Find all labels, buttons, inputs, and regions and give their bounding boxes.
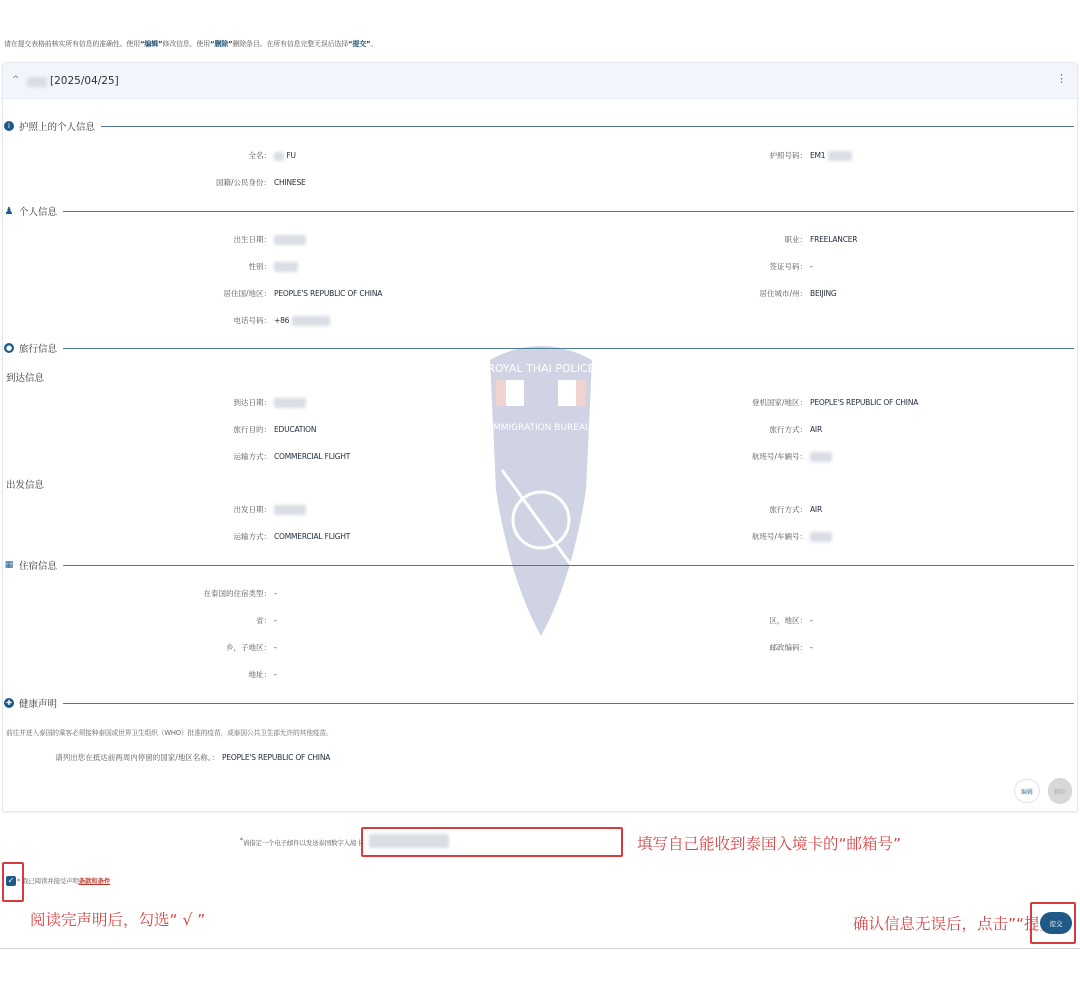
field-value: AIR (810, 505, 822, 514)
section-title: 护照上的个人信息 (19, 119, 95, 133)
arrival-date-header: [2025/04/25] (50, 75, 119, 87)
redacted-value (810, 452, 832, 462)
info-icon: i (4, 121, 14, 131)
field-departure-date: 出发日期： (274, 504, 306, 516)
field-travel-purpose: 旅行目的： EDUCATION (274, 424, 316, 436)
field-label: 国籍/公民身份： (216, 177, 271, 189)
section-travel-info: ● 旅行信息 (4, 341, 1074, 355)
section-passport-info: i 护照上的个人信息 (4, 119, 1074, 133)
field-label: 居住城市/州： (759, 288, 807, 300)
field-value: BEIJING (810, 289, 837, 298)
field-arrival-travel-mode: 旅行方式： AIR (810, 424, 822, 436)
field-phone: 电话号码： +86 (274, 315, 330, 327)
collapse-caret-icon[interactable]: ^ (12, 75, 20, 85)
field-label: 邮政编码： (770, 642, 808, 654)
field-boarding-country: 登机国家/地区： PEOPLE'S REPUBLIC OF CHINA (810, 397, 918, 409)
field-label: 旅行方式： (770, 424, 808, 436)
email-annotation: 填写自己能收到泰国入境卡的“邮箱号” (637, 832, 901, 854)
field-value: - (810, 262, 813, 271)
field-value: COMMERCIAL FLIGHT (274, 532, 350, 541)
field-label: 出发日期： (234, 504, 272, 516)
email-label-text: 请指定一个电子邮件以发送泰国数字入境卡 (243, 839, 363, 847)
field-value: - (810, 616, 813, 625)
field-label: 旅行目的： (234, 424, 272, 436)
intro-submit-word: “提交” (348, 40, 370, 48)
field-value: COMMERCIAL FLIGHT (274, 452, 350, 461)
field-label: 职业： (785, 234, 808, 246)
field-departure-transport: 运输方式： COMMERCIAL FLIGHT (274, 531, 350, 543)
arrival-info-heading: 到达信息 (6, 370, 44, 384)
field-label: 乡，子地区： (226, 642, 271, 654)
field-subdistrict: 乡，子地区： - (274, 642, 277, 654)
field-date-of-birth: 出生日期： (274, 234, 306, 246)
section-divider (63, 348, 1074, 349)
required-mark: * (17, 877, 20, 885)
redacted-value (274, 235, 306, 245)
redacted-value (274, 398, 306, 408)
field-label: 旅行方式： (770, 504, 808, 516)
field-value: - (274, 589, 277, 598)
field-value: +86 (274, 316, 289, 325)
field-label: 到达日期： (234, 397, 272, 409)
field-district: 区，地区： - (810, 615, 813, 627)
field-address: 地址： - (274, 669, 277, 681)
person-icon: ♟ (4, 206, 14, 216)
section-divider (63, 703, 1074, 704)
field-value: - (274, 670, 277, 679)
field-accommodation-type: 在泰国的住宿类型： - (274, 588, 277, 600)
section-title: 旅行信息 (19, 341, 57, 355)
field-label: 请列出您在抵达前两周内停留的国家/地区名称。： (55, 752, 219, 764)
section-health-declaration: ✚ 健康声明 (4, 696, 1074, 710)
card-header[interactable]: ^ [2025/04/25] ⋮ (3, 63, 1077, 99)
redacted-value (274, 152, 284, 161)
redacted-value (292, 316, 330, 326)
section-divider (63, 211, 1074, 212)
field-occupation: 职业： FREELANCER (810, 234, 857, 246)
instruction-text: 请在提交表格前核实所有信息的准确性。使用“编辑”修改信息，使用“删除”删除条目。… (4, 39, 377, 49)
field-value: PEOPLE'S REPUBLIC OF CHINA (222, 753, 330, 762)
field-label: 性别： (249, 261, 272, 273)
redacted-value (828, 151, 852, 161)
field-label: 出生日期： (234, 234, 272, 246)
field-departure-travel-mode: 旅行方式： AIR (810, 504, 822, 516)
field-label: 运输方式： (234, 531, 272, 543)
section-title: 住宿信息 (19, 558, 57, 572)
field-value: PEOPLE'S REPUBLIC OF CHINA (810, 398, 918, 407)
terms-checkbox[interactable]: ✓ (6, 876, 16, 886)
field-label: 航班号/车辆号： (752, 531, 807, 543)
building-icon: ▦ (4, 560, 14, 570)
field-value: PEOPLE'S REPUBLIC OF CHINA (274, 289, 382, 298)
more-options-icon[interactable]: ⋮ (1056, 73, 1067, 84)
field-nationality: 国籍/公民身份： CHINESE (274, 177, 306, 189)
field-label: 登机国家/地区： (752, 397, 807, 409)
field-value: - (274, 643, 277, 652)
field-province: 省： - (274, 615, 277, 627)
field-label: 电话号码： (234, 315, 272, 327)
field-value: FU (286, 151, 295, 160)
field-countries-visited: 请列出您在抵达前两周内停留的国家/地区名称。： PEOPLE'S REPUBLI… (222, 752, 330, 764)
intro-middle1: 修改信息，使用 (162, 40, 210, 48)
field-label: 居住国/地区： (223, 288, 271, 300)
intro-suffix: 。 (370, 40, 377, 48)
field-label: 航班号/车辆号： (752, 451, 807, 463)
checkbox-annotation: 阅读完声明后，勾选“ √ ” (30, 908, 205, 930)
departure-info-heading: 出发信息 (6, 477, 44, 491)
field-departure-flight-number: 航班号/车辆号： (810, 531, 832, 543)
section-divider (101, 126, 1074, 127)
field-label: 区，地区： (770, 615, 808, 627)
field-full-name: 全名： FU (274, 150, 296, 162)
section-divider (63, 565, 1074, 566)
field-value: - (274, 616, 277, 625)
terms-label: * 我已阅读并接受声明条款和条件 (17, 876, 110, 885)
field-label: 地址： (249, 669, 272, 681)
redacted-name (27, 77, 47, 87)
field-city-of-residence: 居住城市/州： BEIJING (810, 288, 837, 300)
field-value: EDUCATION (274, 425, 316, 434)
intro-delete-word: “删除” (210, 40, 232, 48)
delete-button[interactable]: 删除 (1048, 778, 1072, 804)
edit-button[interactable]: 编辑 (1014, 779, 1040, 803)
email-label: *请指定一个电子邮件以发送泰国数字入境卡 (240, 837, 363, 847)
field-label: 签证号码： (770, 261, 808, 273)
field-label: 在泰国的住宿类型： (204, 588, 272, 600)
field-arrival-date: 到达日期： (274, 397, 306, 409)
terms-label-text: 我已阅读并接受声明 (22, 877, 79, 885)
globe-icon: ● (4, 343, 14, 353)
field-visa-number: 签证号码： - (810, 261, 813, 273)
field-gender: 性别： (274, 261, 298, 273)
field-value: AIR (810, 425, 822, 434)
field-passport-number: 护照号码： EM1 (810, 150, 852, 162)
redacted-value (810, 532, 832, 542)
field-label: 运输方式： (234, 451, 272, 463)
intro-edit-word: “编辑” (140, 40, 162, 48)
redacted-value (274, 505, 306, 515)
field-value: - (810, 643, 813, 652)
redacted-email (369, 834, 449, 848)
field-arrival-transport: 运输方式： COMMERCIAL FLIGHT (274, 451, 350, 463)
intro-prefix: 请在提交表格前核实所有信息的准确性。使用 (4, 40, 140, 48)
health-icon: ✚ (4, 698, 14, 708)
field-value: EM1 (810, 151, 825, 160)
field-arrival-flight-number: 航班号/车辆号： (810, 451, 832, 463)
section-title: 健康声明 (19, 696, 57, 710)
field-postcode: 邮政编码： - (810, 642, 813, 654)
vaccination-note: 前往并进入泰国的乘客必须接种泰国或世界卫生组织（WHO）批准的疫苗，或泰国公共卫… (6, 727, 333, 737)
terms-link[interactable]: 条款和条件 (79, 877, 111, 885)
field-label: 全名： (249, 150, 272, 162)
field-value: FREELANCER (810, 235, 857, 244)
field-label: 护照号码： (770, 150, 808, 162)
submit-button[interactable]: 提交 (1040, 912, 1072, 934)
section-title: 个人信息 (19, 204, 57, 218)
section-accommodation-info: ▦ 住宿信息 (4, 558, 1074, 572)
submit-annotation: 确认信息无误后，点击”“提交 (853, 912, 1055, 934)
field-value: CHINESE (274, 178, 306, 187)
section-personal-info: ♟ 个人信息 (4, 204, 1074, 218)
intro-middle2: 删除条目。在所有信息完整无误后选择 (232, 40, 348, 48)
redacted-value (274, 262, 298, 272)
field-label: 省： (256, 615, 271, 627)
bottom-divider (0, 948, 1080, 949)
field-country-of-residence: 居住国/地区： PEOPLE'S REPUBLIC OF CHINA (274, 288, 382, 300)
